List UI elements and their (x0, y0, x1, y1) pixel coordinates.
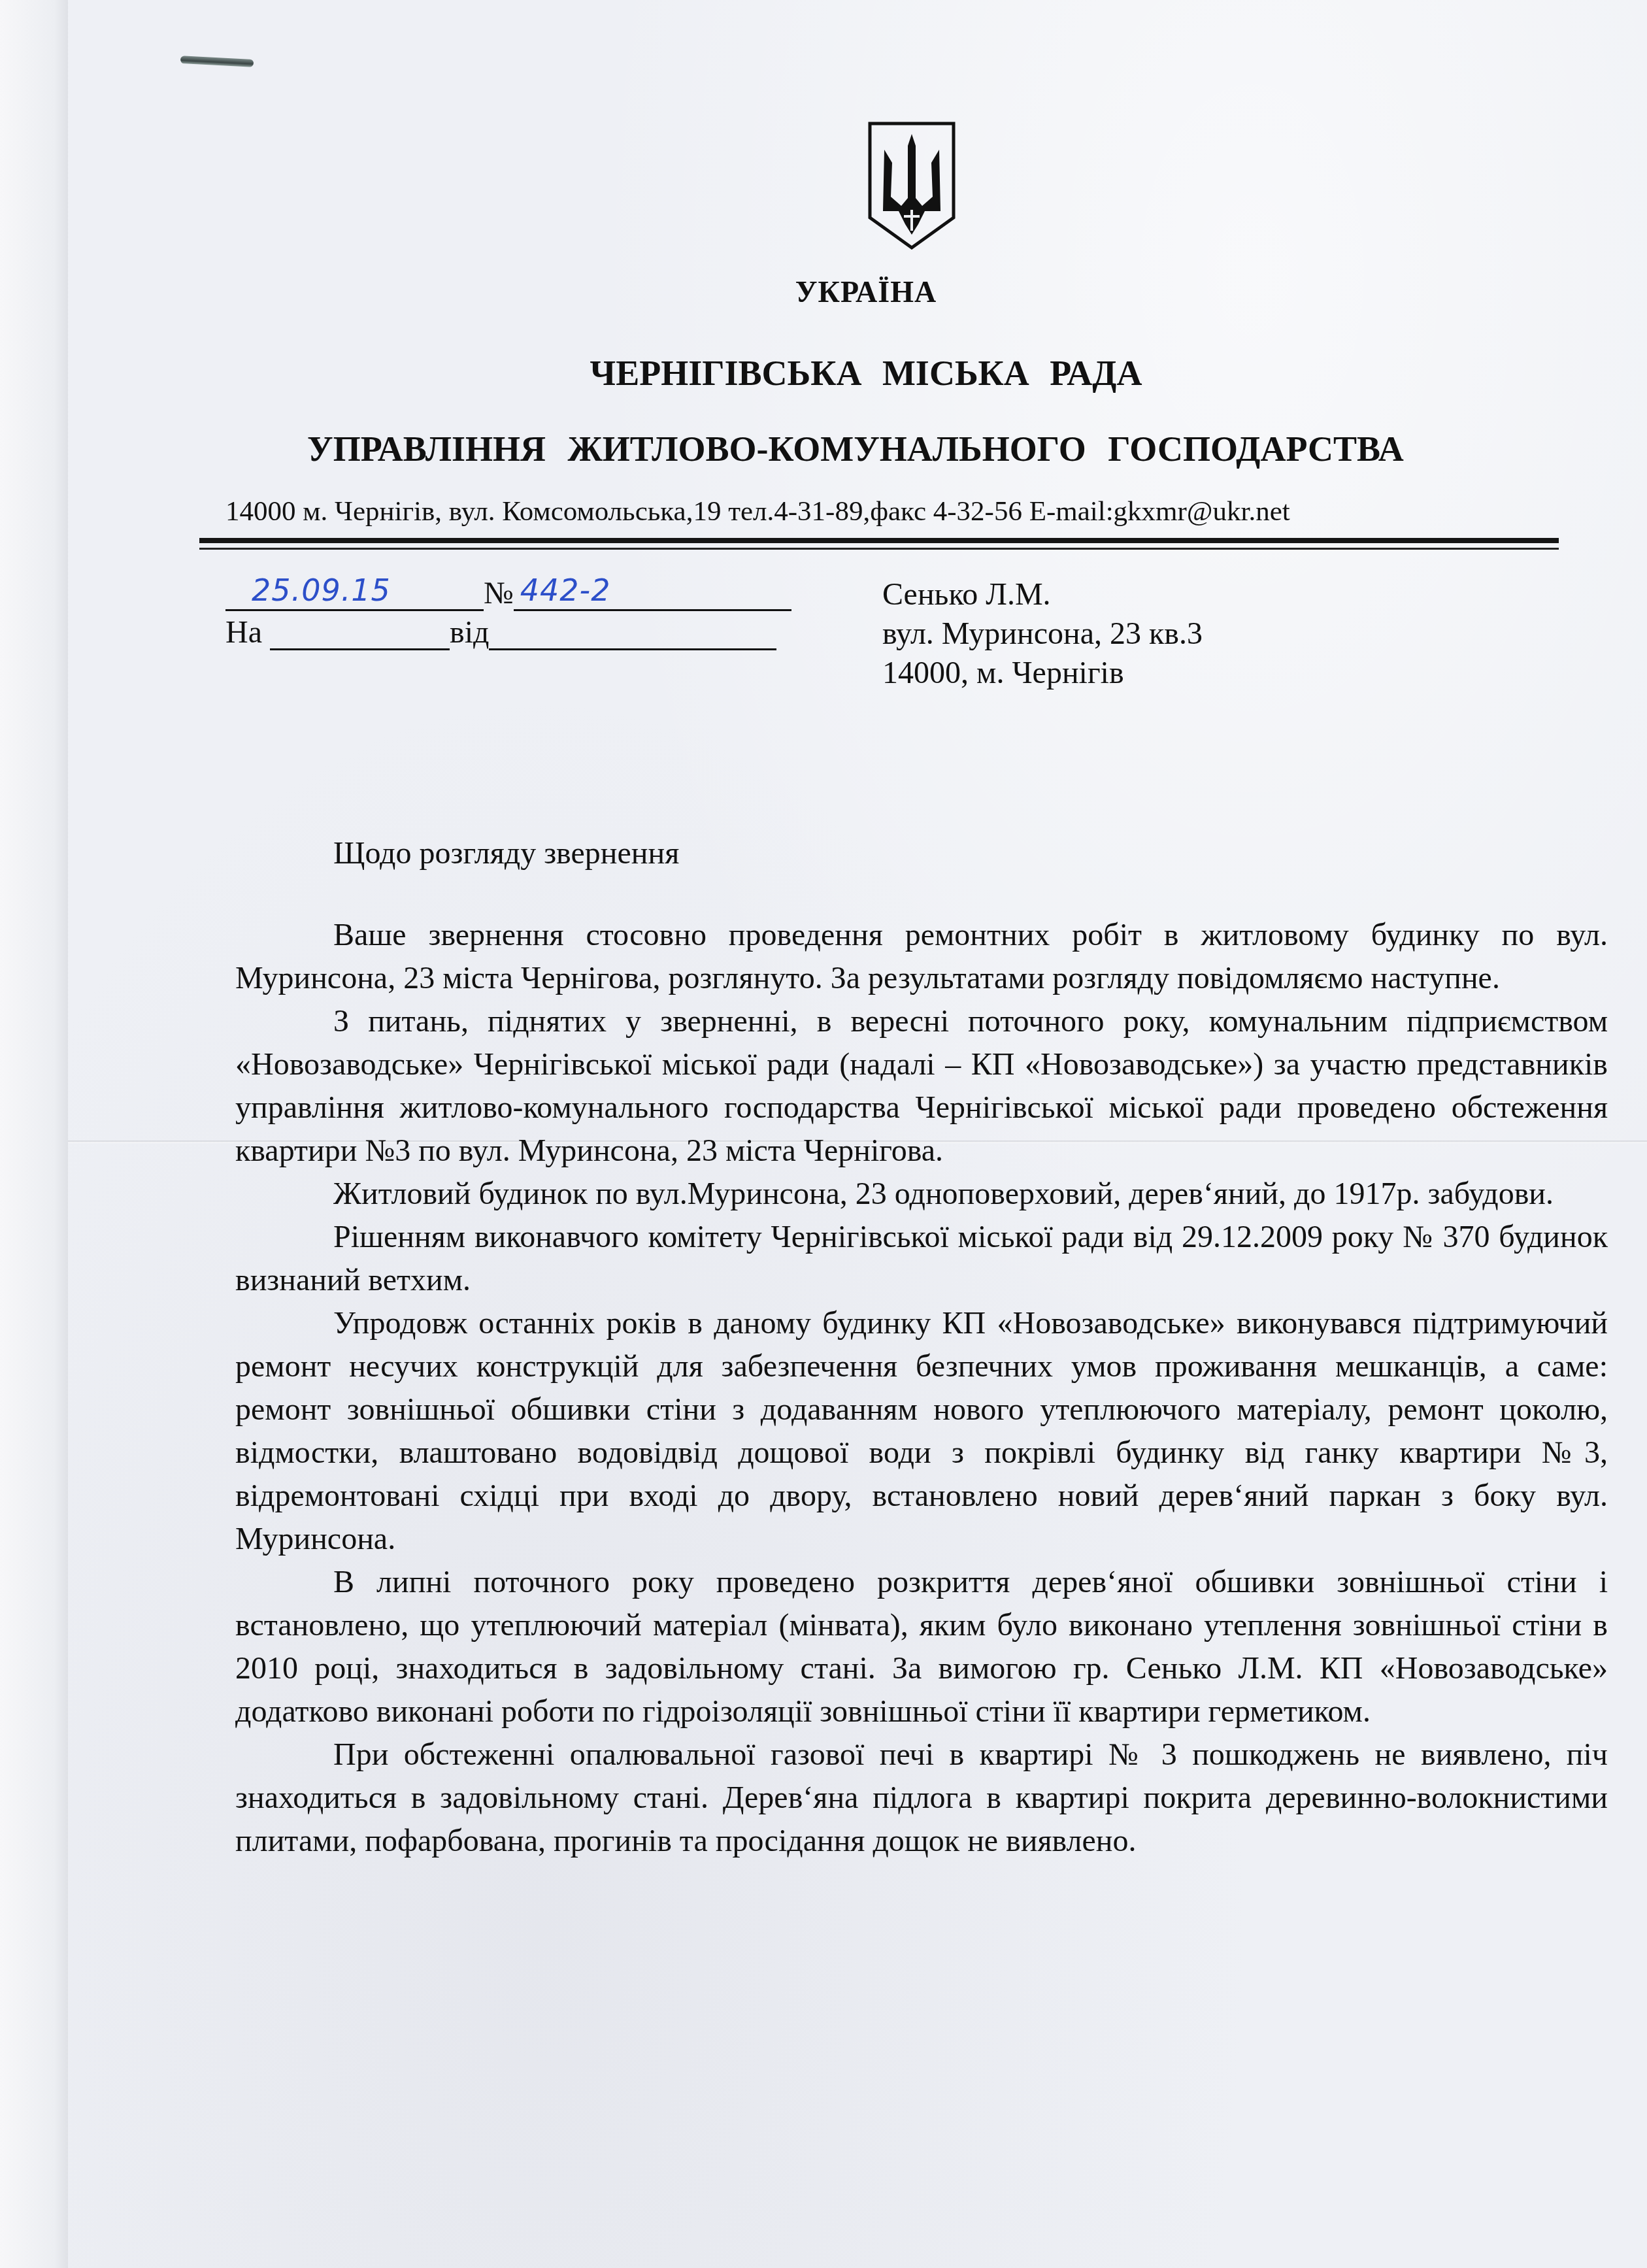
from-date-field (489, 620, 776, 650)
body-paragraph: Упродовж останніх років в даному будинку… (235, 1302, 1608, 1561)
city-council-heading: ЧЕРНІГІВСЬКА МІСЬКА РАДА (0, 353, 1647, 393)
scan-margin (0, 0, 68, 2268)
body-paragraph: Ваше звернення стосовно проведення ремон… (235, 914, 1608, 1000)
number-field: 442-2 (514, 580, 791, 611)
country-heading: УКРАЇНА (0, 275, 1647, 309)
letterhead-divider (199, 538, 1559, 543)
body-paragraph: З питань, піднятих у зверненні, в вересн… (235, 1000, 1608, 1173)
reply-to-field (270, 620, 450, 650)
from-label: від (450, 615, 489, 650)
handwritten-date: 25.09.15 (252, 573, 391, 608)
letter-body: Ваше звернення стосовно проведення ремон… (235, 914, 1608, 1863)
recipient-block: Сенько Л.М. вул. Муринсона, 23 кв.3 1400… (882, 575, 1203, 693)
reference-block: 25.09.15 № 442-2 На від (225, 575, 791, 654)
body-paragraph: Житловий будинок по вул.Муринсона, 23 од… (235, 1173, 1608, 1216)
recipient-city: 14000, м. Чернігів (882, 654, 1203, 693)
reply-to-label: На (225, 615, 262, 650)
body-paragraph: В липні поточного року проведено розкрит… (235, 1561, 1608, 1733)
department-heading: УПРАВЛІННЯ ЖИТЛОВО-КОМУНАЛЬНОГО ГОСПОДАР… (307, 429, 1404, 469)
number-label: № (484, 576, 514, 610)
recipient-street: вул. Муринсона, 23 кв.3 (882, 614, 1203, 654)
body-paragraph: При обстеженні опалювальної газової печі… (235, 1733, 1608, 1863)
incoming-reference-row: На від (225, 614, 791, 654)
outgoing-reference-row: 25.09.15 № 442-2 (225, 575, 791, 614)
handwritten-number: 442-2 (520, 573, 611, 608)
recipient-name: Сенько Л.М. (882, 575, 1203, 614)
date-field: 25.09.15 (225, 580, 484, 611)
trident-coat-of-arms-icon (866, 120, 957, 250)
letterhead-address: 14000 м. Чернігів, вул. Комсомольська,19… (225, 495, 1290, 527)
letter-subject: Щодо розгляду звернення (333, 835, 679, 871)
body-paragraph: Рішенням виконавчого комітету Чернігівсь… (235, 1216, 1608, 1302)
letterhead-divider-thin (199, 548, 1559, 550)
